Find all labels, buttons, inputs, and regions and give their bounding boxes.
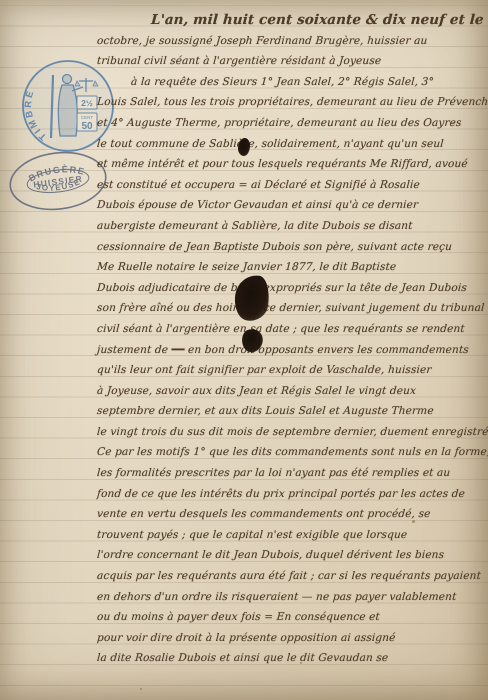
manuscript-line: et 4° Auguste Therme, propriétaire, deme…: [96, 113, 485, 134]
timbre-value-bottom: 50: [81, 121, 93, 132]
manuscript-line: fond de ce que les intérêts du prix prin…: [96, 484, 485, 505]
manuscript-line: son frère aîné ou des hoirs de ce dernie…: [96, 298, 485, 319]
manuscript-text: L'an, mil huit cent soixante & dix neuf …: [97, 10, 485, 669]
manuscript-line: trouvent payés ; que le capital n'est ex…: [96, 525, 485, 546]
manuscript-line: octobre, je soussigné Joseph Ferdinand B…: [96, 31, 485, 52]
manuscript-line: Dubois épouse de Victor Gevaudan et ains…: [96, 195, 485, 216]
manuscript-line: le vingt trois du sus dit mois de septem…: [96, 422, 485, 443]
manuscript-line: l'ordre concernant le dit Jean Dubois, d…: [96, 545, 485, 566]
paper-speck: [300, 662, 302, 664]
manuscript-line: tribunal civil séant à l'argentière rési…: [96, 51, 485, 72]
manuscript-line: cessionnaire de Jean Baptiste Dubois son…: [96, 237, 485, 258]
manuscript-line: et même intérêt et pour tous lesquels re…: [96, 154, 485, 175]
manuscript-line: Dubois adjudicataire de biens expropriés…: [96, 278, 485, 299]
manuscript-line: acquis par les requérants aura été fait …: [96, 566, 485, 587]
manuscript-line: à Joyeuse, savoir aux dits Jean et Régis…: [96, 381, 485, 402]
manuscript-line: aubergiste demeurant à Sablière, la dite…: [96, 216, 485, 237]
paper-speck: [140, 688, 142, 690]
manuscript-line: à la requête des Sieurs 1° Jean Salel, 2…: [96, 72, 485, 93]
timbre-value-top: 2½: [81, 98, 93, 108]
manuscript-line: est constitué et occupera = ai Déclaré e…: [96, 175, 485, 196]
manuscript-line: Ce par les motifs 1° que les dits comman…: [96, 442, 485, 463]
paper-speck: [452, 122, 455, 124]
manuscript-page: TIMBRE 2½ CENT 50 BRUGÈRE HUISSIE: [0, 0, 488, 700]
manuscript-line: Me Ruelle notaire le seize Janvier 1877,…: [96, 257, 485, 278]
manuscript-line: le tout commune de Sablière, solidaireme…: [96, 134, 485, 155]
manuscript-line: L'an, mil huit cent soixante & dix neuf …: [96, 10, 485, 31]
manuscript-line: la dite Rosalie Dubois et ainsi que le d…: [96, 648, 485, 669]
timbre-cent-label: CENT: [81, 115, 94, 120]
manuscript-line: septembre dernier, et aux dits Louis Sal…: [96, 401, 485, 422]
manuscript-line: civil séant à l'argentière en sa date ; …: [96, 319, 485, 340]
manuscript-line: les formalités prescrites par la loi n'a…: [96, 463, 485, 484]
manuscript-line: justement de ━━ en bon droit opposants e…: [96, 340, 485, 361]
manuscript-line: ou du moins à payer deux fois = En consé…: [96, 607, 485, 628]
manuscript-line: Louis Salel, tous les trois propriétaire…: [96, 92, 485, 113]
manuscript-line: qu'ils leur ont fait signifier par explo…: [96, 360, 485, 381]
manuscript-line: vente en vertu desquels les commandement…: [96, 504, 485, 525]
manuscript-line: en dehors d'un ordre ils risqueraient — …: [96, 587, 485, 608]
paper-speck: [412, 520, 415, 523]
manuscript-line: pour voir dire droit à la présente oppos…: [96, 628, 485, 649]
